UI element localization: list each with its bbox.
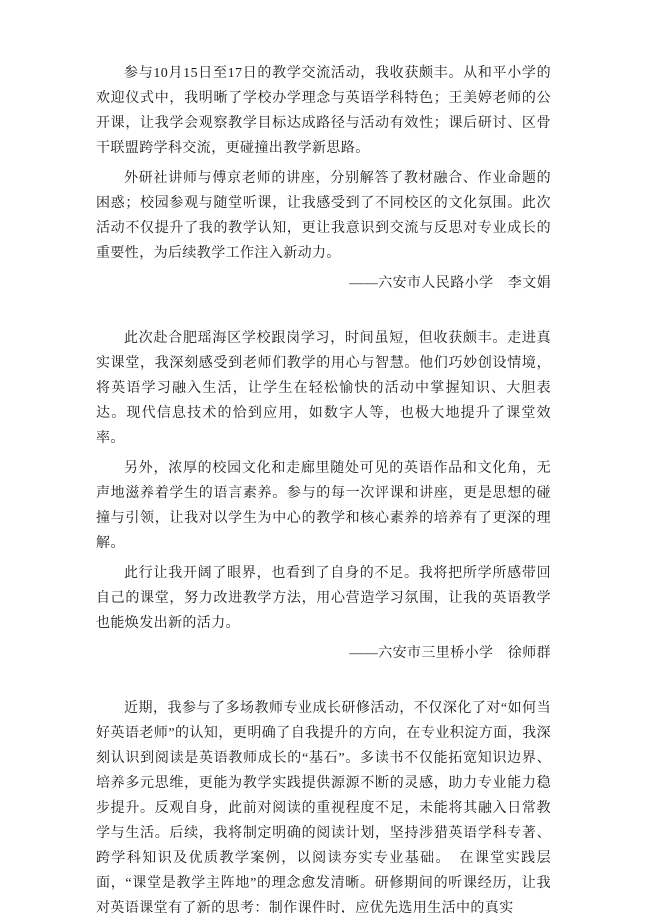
paragraph: 近期，我参与了多场教师专业成长研修活动，不仅深化了对“如何当好英语老师”的认知，… — [96, 696, 551, 913]
document-page: 参与10月15日至17日的教学交流活动，我收获颇丰。从和平小学的欢迎仪式中，我明… — [0, 0, 647, 913]
signature-author-1: ——六安市人民路小学 李文娟 — [96, 271, 551, 296]
paragraph: 此行让我开阔了眼界，也看到了自身的不足。我将把所学所感带回自己的课堂，努力改进教… — [96, 561, 551, 636]
testimonial-section-3: 近期，我参与了多场教师专业成长研修活动，不仅深化了对“如何当好英语老师”的认知，… — [96, 696, 551, 913]
testimonial-section-2: 此次赴合肥瑶海区学校跟岗学习，时间虽短，但收获颇丰。走进真实课堂，我深刻感受到老… — [96, 326, 551, 666]
paragraph: 另外，浓厚的校园文化和走廊里随处可见的英语作品和文化角，无声地滋养着学生的语言素… — [96, 456, 551, 556]
signature-author-2: ——六安市三里桥小学 徐师群 — [96, 641, 551, 666]
paragraph: 外研社讲师与傅京老师的讲座，分别解答了教材融合、作业命题的困惑；校园参观与随堂听… — [96, 166, 551, 266]
testimonial-section-1: 参与10月15日至17日的教学交流活动，我收获颇丰。从和平小学的欢迎仪式中，我明… — [96, 61, 551, 296]
paragraph: 参与10月15日至17日的教学交流活动，我收获颇丰。从和平小学的欢迎仪式中，我明… — [96, 61, 551, 161]
paragraph: 此次赴合肥瑶海区学校跟岗学习，时间虽短，但收获颇丰。走进真实课堂，我深刻感受到老… — [96, 326, 551, 451]
